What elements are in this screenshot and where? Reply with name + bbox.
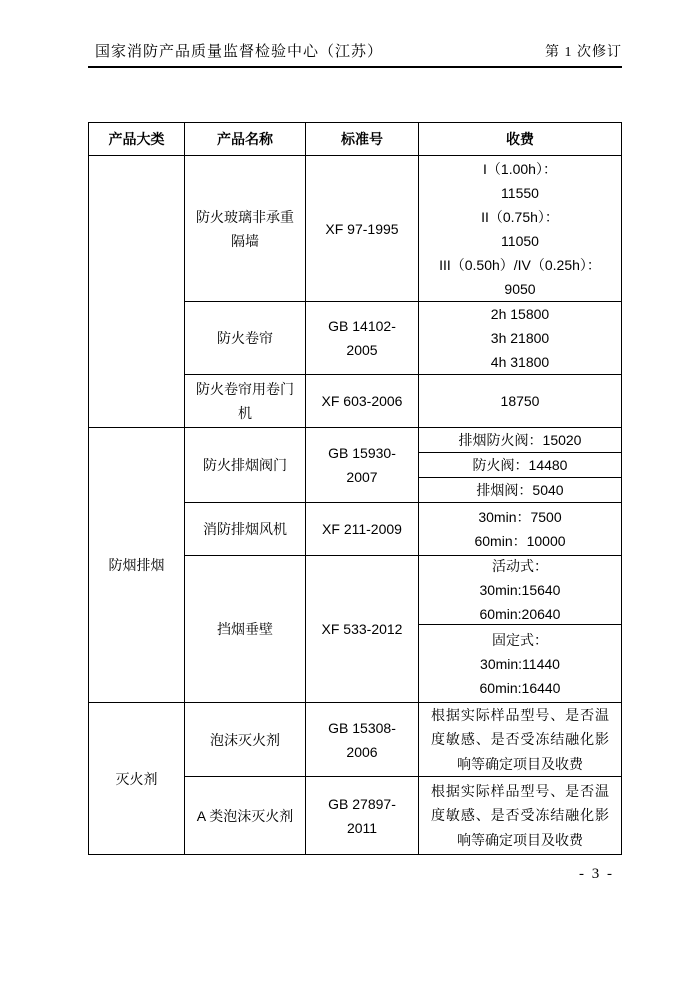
column-header-product-name: 产品名称: [185, 123, 305, 155]
fee-cell: 30min：7500 60min：10000: [419, 503, 621, 555]
fee-subcell: 固定式： 30min:11440 60min:16440: [419, 625, 621, 702]
product-name-cell: 消防排烟风机: [185, 503, 305, 555]
standard-cell: GB 27897-2011: [306, 777, 418, 854]
standard-cell: GB 14102-2005: [306, 302, 418, 374]
fee-subcell: 防火阀：14480: [419, 453, 621, 477]
product-name-cell: 防火玻璃非承重隔墙: [185, 156, 305, 301]
header-org-name: 国家消防产品质量监督检验中心（江苏）: [88, 40, 383, 61]
fee-cell: 2h 15800 3h 21800 4h 31800: [419, 302, 621, 374]
product-name-cell: 防火卷帘: [185, 302, 305, 374]
category-cell-smoke-control: 防烟排烟: [89, 428, 184, 702]
fee-subcell: 活动式： 30min:15640 60min:20640: [419, 556, 621, 624]
column-header-standard: 标准号: [306, 123, 418, 155]
fee-subcell: 排烟防火阀：15020: [419, 428, 621, 452]
product-name-cell: A 类泡沫灭火剂: [185, 777, 305, 854]
fee-subcell: 排烟阀：5040: [419, 478, 621, 502]
category-cell-blank: [89, 156, 184, 427]
fee-cell: I（1.00h）： 11550 II（0.75h）： 11050 III（0.5…: [419, 156, 621, 301]
fee-cell: 根据实际样品型号、是否温度敏感、是否受冻结融化影响等确定项目及收费: [419, 777, 621, 854]
fee-cell: 18750: [419, 375, 621, 427]
product-name-cell: 泡沫灭火剂: [185, 703, 305, 776]
product-name-cell: 防火排烟阀门: [185, 428, 305, 502]
product-name-cell: 防火卷帘用卷门机: [185, 375, 305, 427]
fee-cell: 根据实际样品型号、是否温度敏感、是否受冻结融化影响等确定项目及收费: [419, 703, 621, 776]
category-cell-extinguishing-agent: 灭火剂: [89, 703, 184, 854]
page-number: - 3 -: [88, 866, 622, 883]
fee-table: 产品大类 产品名称 标准号 收费 防火玻璃非承重隔墙 XF 97-1995 I（…: [88, 122, 622, 855]
standard-cell: XF 97-1995: [306, 156, 418, 301]
standard-cell: XF 211-2009: [306, 503, 418, 555]
product-name-cell: 挡烟垂壁: [185, 556, 305, 702]
standard-cell: XF 603-2006: [306, 375, 418, 427]
standard-cell: GB 15308-2006: [306, 703, 418, 776]
standard-cell: GB 15930-2007: [306, 428, 418, 502]
fee-note-text: 根据实际样品型号、是否温度敏感、是否受冻结融化影响等确定项目及收费: [431, 779, 609, 853]
fee-note-text: 根据实际样品型号、是否温度敏感、是否受冻结融化影响等确定项目及收费: [431, 703, 609, 776]
document-page: 国家消防产品质量监督检验中心（江苏） 第 1 次修订 产品大类 产品名称 标准号…: [0, 0, 700, 989]
header-revision-label: 第 1 次修订: [545, 41, 622, 61]
document-header: 国家消防产品质量监督检验中心（江苏） 第 1 次修订: [88, 40, 622, 68]
column-header-category: 产品大类: [89, 123, 184, 155]
column-header-fee: 收费: [419, 123, 621, 155]
standard-cell: XF 533-2012: [306, 556, 418, 702]
